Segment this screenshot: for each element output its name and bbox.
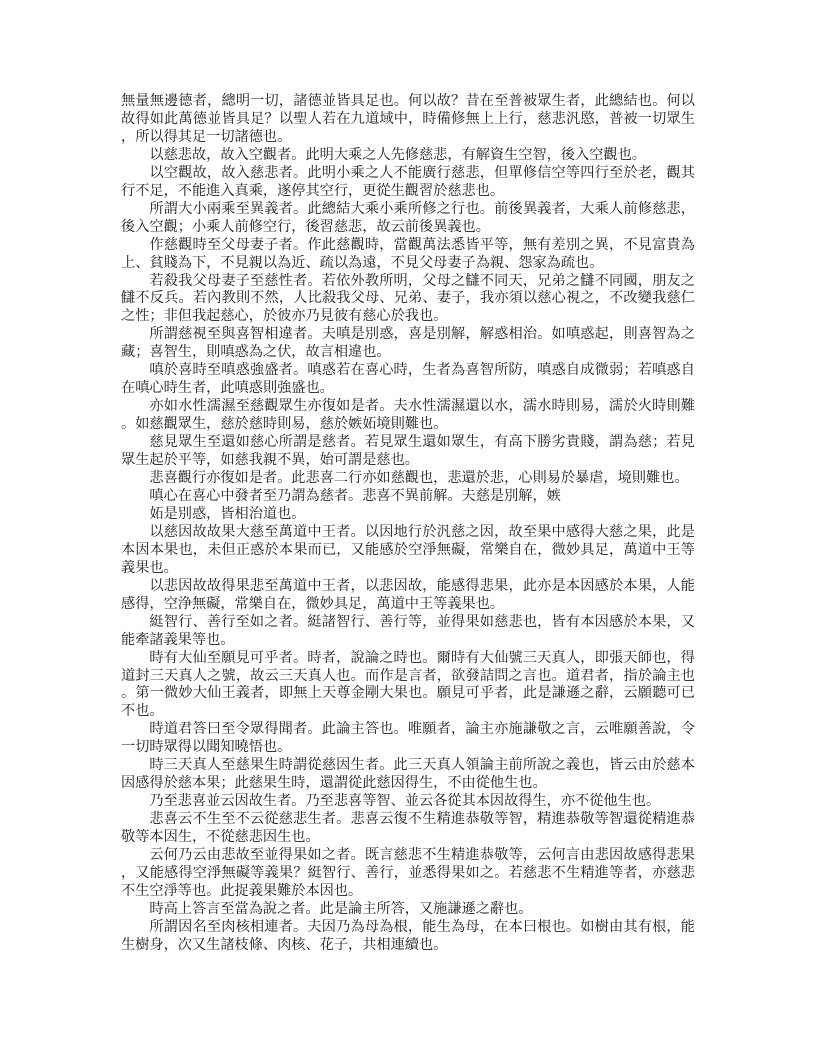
paragraph: 云何乃云由悲故至並得果如之者。既言慈悲不生精進恭敬等，云何言由悲因故感得悲果，又… xyxy=(121,847,695,901)
paragraph: 所謂大小兩乘至異義者。此總結大乘小乘所修之行也。前後異義者，大乘人前修慈悲，後入… xyxy=(121,201,695,237)
paragraph: 以慈因故故果大慈至萬道中王者。以因地行於汎慈之因，故至果中感得大慈之果，此是本因… xyxy=(121,524,695,578)
document-page: 無量無邊德者，總明一切，諸德並皆具足也。何以故？昔在至普被眾生者，此總結也。何以… xyxy=(121,93,695,955)
paragraph: 悲喜觀行亦復如是者。此悲喜二行亦如慈觀也，悲還於悲，心則易於暴虐，境則難也。 xyxy=(121,470,695,488)
paragraph: 以空觀故，故入慈悲者。此明小乘之人不能廣行慈悲，但單修信空等四行至於老，觀其行不… xyxy=(121,165,695,201)
paragraph: 時有大仙至願見可乎者。時者，說論之時也。爾時有大仙號三天真人，即張天師也，得道封… xyxy=(121,650,695,722)
paragraph: 時三天真人至慈果生時謂從慈因生者。此三天真人領論主前所說之義也，皆云由於慈本因感… xyxy=(121,757,695,793)
paragraph: 乃至悲喜並云因故生者。乃至悲喜等智、並云各從其本因故得生，亦不從他生也。 xyxy=(121,793,695,811)
paragraph: 嗔於喜時至嗔惑強盛者。嗔惑若在喜心時，生者為喜智所防，嗔惑自成微弱；若嗔惑自在嗔… xyxy=(121,362,695,398)
paragraph: 悲喜云不生至不云從慈悲生者。悲喜云復不生精進恭敬等智，精進恭敬等智還從精進恭敬等… xyxy=(121,811,695,847)
paragraph: 以悲因故故得果悲至萬道中王者，以悲因故，能感得悲果，此亦是本因感於本果，人能感得… xyxy=(121,578,695,614)
paragraph: 若殺我父母妻子至慈性者。若依外教所明，父母之讎不同天，兄弟之讎不同國，朋友之讎不… xyxy=(121,273,695,327)
paragraph: 妬是別惑，皆相治道也。 xyxy=(121,506,695,524)
paragraph: 所謂因名至肉核相連者。夫因乃為母為根，能生為母，在本曰根也。如樹由其有根，能生樹… xyxy=(121,919,695,955)
paragraph: 慈見眾生至還如慈心所謂是慈者。若見眾生還如眾生，有高下勝劣貴賤，謂為慈；若見眾生… xyxy=(121,434,695,470)
paragraph: 嗔心在喜心中發者至乃謂為慈者。悲喜不異前解。夫慈是別解，嫉 xyxy=(121,488,695,506)
paragraph: 時道君答曰至令眾得聞者。此論主答也。唯願者，論主亦施謙敬之言，云唯願善說，令一切… xyxy=(121,721,695,757)
paragraph: 時高上答言至當為說之者。此是論主所答，又施謙遜之辭也。 xyxy=(121,901,695,919)
paragraph: 綎智行、善行至如之者。綎諸智行、善行等，並得果如慈悲也，皆有本因感於本果，又能牽… xyxy=(121,614,695,650)
paragraph: 以慈悲故，故入空觀者。此明大乘之人先修慈悲，有解資生空智，後入空觀也。 xyxy=(121,147,695,165)
paragraph: 亦如水性濡濕至慈觀眾生亦復如是者。夫水性濡濕還以水，濡水時則易，濡於火時則難。如… xyxy=(121,398,695,434)
paragraph: 作慈觀時至父母妻子者。作此慈觀時，當觀萬法悉皆平等，無有差別之異，不見富貴為上、… xyxy=(121,237,695,273)
paragraph: 無量無邊德者，總明一切，諸德並皆具足也。何以故？昔在至普被眾生者，此總結也。何以… xyxy=(121,93,695,147)
paragraph: 所謂慈視至與喜智相違者。夫嗔是別惑，喜是別解，解惑相治。如嗔惑起，則喜智為之藏；… xyxy=(121,326,695,362)
